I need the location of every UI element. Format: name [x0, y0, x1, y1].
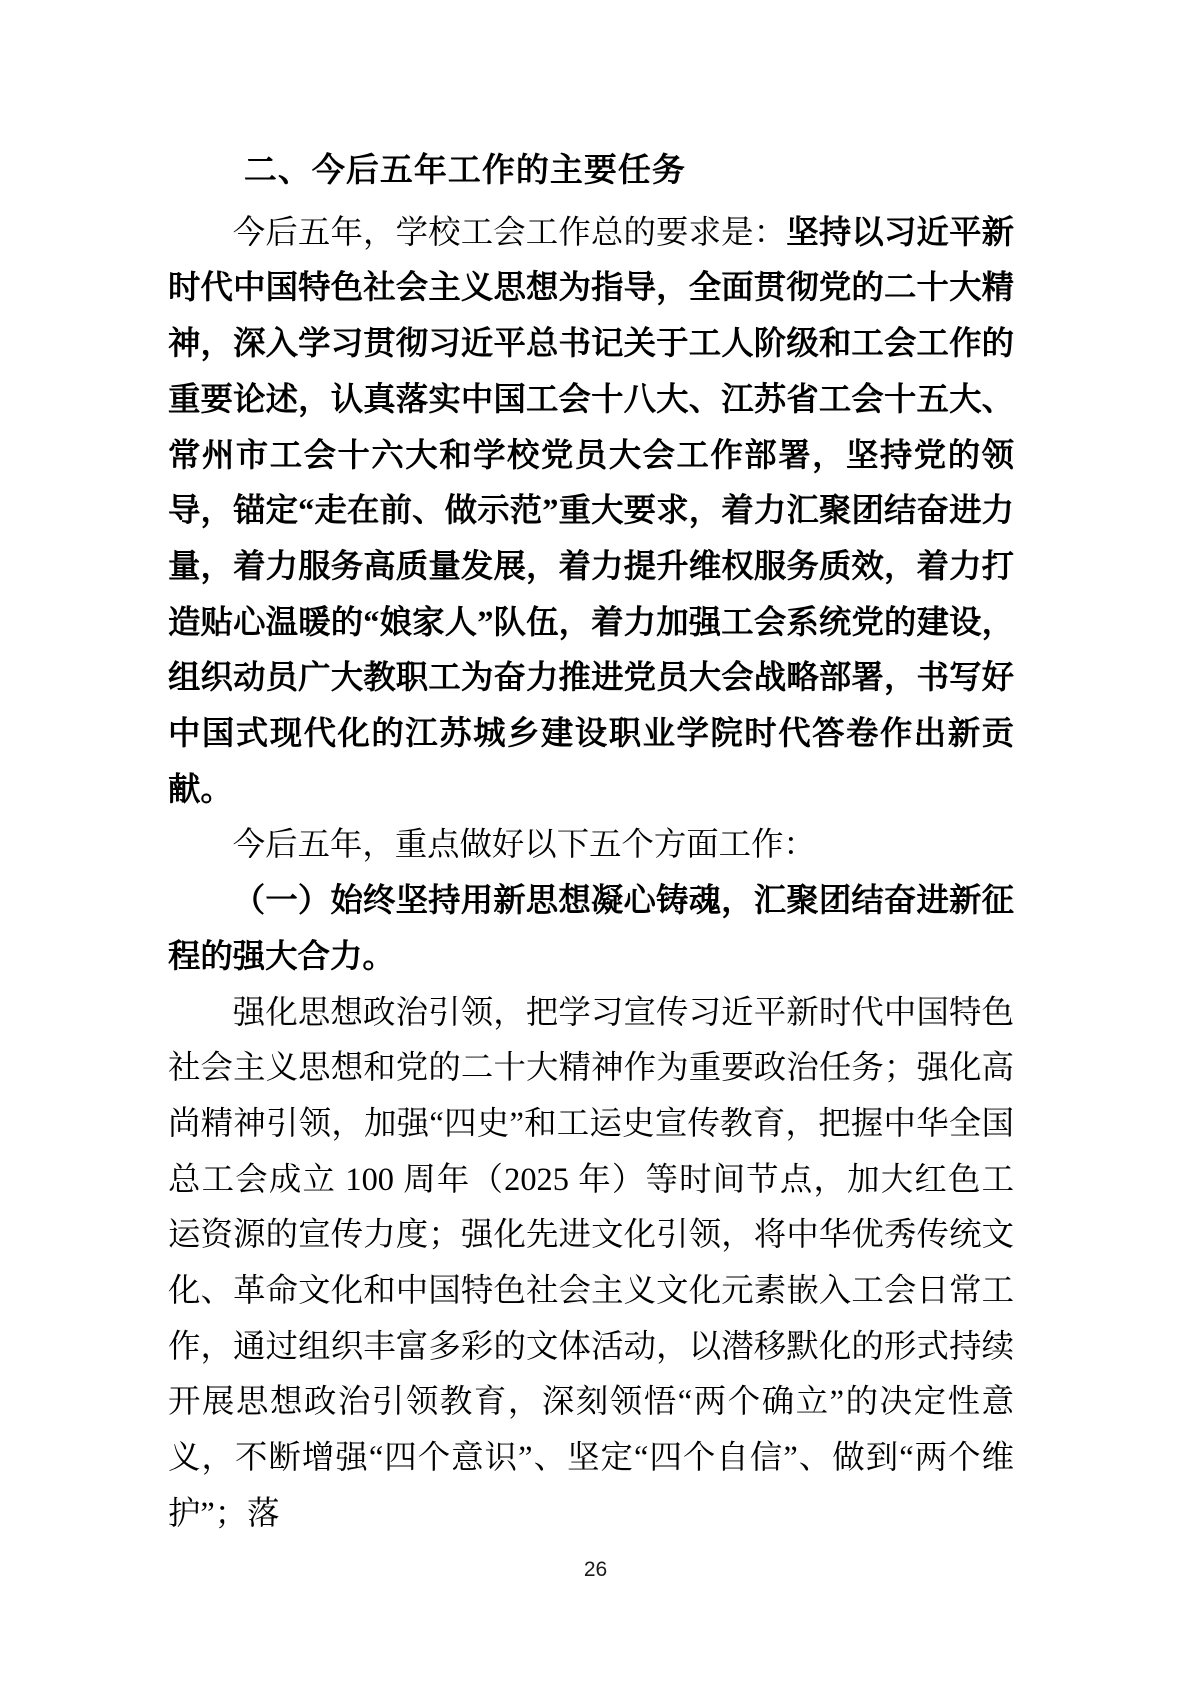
sub-section-heading: （一）始终坚持用新思想凝心铸魂，汇聚团结奋进新征程的强大合力。	[168, 874, 1014, 985]
page-number: 26	[0, 1556, 1191, 1584]
document-body: 二、今后五年工作的主要任务 今后五年，学校工会工作总的要求是：坚持以习近平新时代…	[168, 142, 1014, 1543]
opening-paragraph-lead: 今后五年，学校工会工作总的要求是：	[233, 215, 786, 251]
document-page: 二、今后五年工作的主要任务 今后五年，学校工会工作总的要求是：坚持以习近平新时代…	[0, 0, 1191, 1684]
transition-paragraph: 今后五年，重点做好以下五个方面工作：	[168, 818, 1014, 874]
section-heading: 二、今后五年工作的主要任务	[168, 142, 1014, 198]
opening-paragraph: 今后五年，学校工会工作总的要求是：坚持以习近平新时代中国特色社会主义思想为指导，…	[168, 206, 1014, 819]
opening-paragraph-emphasis: 坚持以习近平新时代中国特色社会主义思想为指导，全面贯彻党的二十大精神，深入学习贯…	[168, 215, 1014, 808]
body-paragraph: 强化思想政治引领，把学习宣传习近平新时代中国特色社会主义思想和党的二十大精神作为…	[168, 986, 1014, 1543]
